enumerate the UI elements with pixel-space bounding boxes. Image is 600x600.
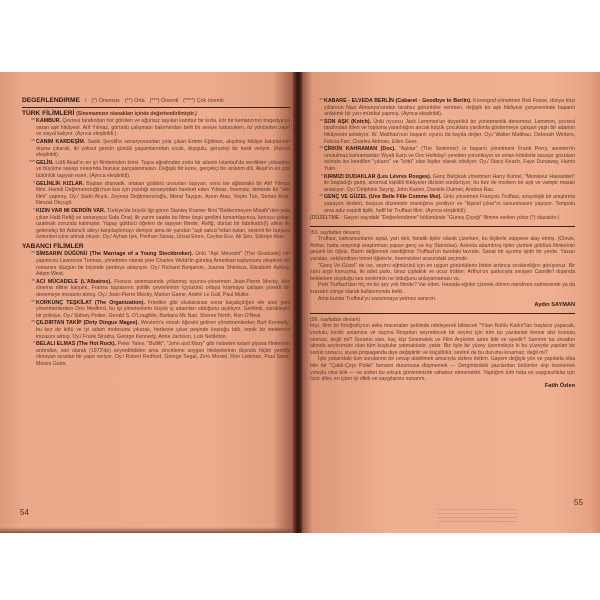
review-entry: *GELİNLİK KIZLAR. Baştan dramatik, ortal… bbox=[22, 181, 290, 207]
left-page: DEGERLENDIRME / (*) Önemsiz (**) Orta (*… bbox=[0, 72, 297, 533]
author-signature: Aydın SAYMAN bbox=[310, 302, 575, 309]
film-title: KIRMIZI DUDAKLAR (Les Lèvres Rouges). bbox=[324, 174, 431, 180]
page-number-right: 55 bbox=[574, 498, 583, 507]
film-title: CANIM KARDEŞİM. bbox=[36, 139, 85, 145]
film-title: KORKUNÇ TEŞKİLAT (The Organization). bbox=[36, 300, 145, 306]
review-entry: **ACI MÜCADELE (L'Albatros). Fransız sin… bbox=[22, 279, 290, 299]
film-title: SİMSARIN DÜĞÜNÜ (The Marriage of a Young… bbox=[36, 251, 193, 257]
review-entry: **SİMSARIN DÜĞÜNÜ (The Marriage of a You… bbox=[22, 251, 290, 277]
review-entry: **GENÇ VE GÜZEL (Une Belle Fille Comme M… bbox=[310, 194, 575, 214]
divider bbox=[310, 313, 575, 314]
star-rating: ** bbox=[22, 251, 36, 258]
star-rating: ** bbox=[310, 194, 324, 201]
article-paragraph: Truffaut, kahramanlarını aptal, yarı del… bbox=[310, 236, 575, 262]
page-edge-shadow bbox=[0, 527, 297, 533]
section-title: TÜRK FİLİMLERİ bbox=[22, 110, 74, 117]
article-paragraph: Ama bunlar Truffaut'yu savunmaya yetmez … bbox=[310, 296, 575, 303]
film-title: ÇİRKİN KAHRAMAN (Doc). bbox=[324, 146, 396, 152]
star-rating: *** bbox=[22, 160, 36, 167]
review-entry: *KIZIN VAR MI DERDİN VAR. Türkiye'de büy… bbox=[22, 208, 290, 241]
star-rating: * bbox=[310, 174, 324, 181]
article-paragraph: Peki Truffaut'dan hiç mi bir şey yok fil… bbox=[310, 282, 575, 295]
continued-from-label: (53. sayfadan devam) bbox=[310, 230, 575, 237]
star-rating: ** bbox=[22, 320, 36, 327]
film-title: KABARE - ELVEDA BERLİN (Cabaret - Goodby… bbox=[324, 98, 472, 104]
review-text: Lütfi Akad'ın en iyi filmlerinden birisi… bbox=[36, 160, 290, 179]
film-title: ÇILDIRTAN TAKİP (Dirty Dingus Magee). bbox=[36, 320, 139, 326]
star-rating: ** bbox=[22, 279, 36, 286]
correction-note: (DÜZELTME : Geçen sayıdaki "Değerlendirm… bbox=[310, 215, 575, 222]
review-entry: **CANIM KARDEŞİM. Sadık Şendil'in senary… bbox=[22, 139, 290, 159]
film-title: GELİN. bbox=[36, 160, 54, 166]
right-page-content: **KABARE - ELVEDA BERLİN (Cabaret - Good… bbox=[310, 98, 575, 389]
review-entry: **ÇILDIRTAN TAKİP (Dirty Dingus Magee). … bbox=[22, 320, 290, 340]
continued-from-label: (56. sayfadan devam) bbox=[310, 317, 575, 324]
article-2-body: tiriyi, filmi bir fotoğrafçının seks mac… bbox=[310, 323, 575, 382]
review-entry: **KAMBUR. Çevresi tarafından hor görülen… bbox=[22, 118, 290, 138]
film-title: GENÇ VE GÜZEL (Une Belle Fille Comme Moi… bbox=[324, 194, 442, 200]
section-title: YABANCI FİLİMLER bbox=[22, 243, 84, 250]
film-title: KAMBUR. bbox=[36, 118, 61, 124]
film-title: SON AŞK (Kotch). bbox=[324, 119, 371, 125]
star-rating: ** bbox=[310, 146, 324, 153]
correction-text: Geçen sayıdaki "Değerlendirme" bölümünde… bbox=[344, 215, 560, 221]
rating-legend-4: (****) Çok önemli bbox=[183, 98, 223, 105]
review-entry: ***GELİN. Lütfi Akad'ın en iyi filmlerin… bbox=[22, 160, 290, 180]
article-paragraph: "Genç Ve Güzel" de ise, seyirci eğmürüsü… bbox=[310, 263, 575, 283]
rating-title: DEGERLENDIRME bbox=[22, 98, 80, 105]
binding-gutter bbox=[293, 72, 302, 533]
bleed-through-text bbox=[437, 508, 517, 522]
section-heading: TÜRK FİLİMLERİ (Sinemamızın olanakları i… bbox=[22, 111, 290, 118]
divider bbox=[310, 226, 575, 227]
film-title: BELALI ELMAS (The Hot Rock). bbox=[36, 341, 116, 347]
left-page-content: DEGERLENDIRME / (*) Önemsiz (**) Orta (*… bbox=[22, 98, 290, 369]
article-continuation-1: (53. sayfadan devam) Truffaut, kahramanl… bbox=[310, 230, 575, 309]
review-entry: **ÇİRKİN KAHRAMAN (Doc). "Aşktar" (The S… bbox=[310, 146, 575, 172]
correction-label: (DÜZELTME : bbox=[310, 215, 342, 221]
film-title: KIZIN VAR MI DERDİN VAR. bbox=[36, 208, 105, 214]
review-entry: *KIRMIZI DUDAKLAR (Les Lèvres Rouges). G… bbox=[310, 174, 575, 194]
magazine-spread: DEGERLENDIRME / (*) Önemsiz (**) Orta (*… bbox=[0, 72, 600, 533]
film-title: ACI MÜCADELE (L'Albatros). bbox=[36, 279, 112, 285]
section-heading: YABANCI FİLİMLER bbox=[22, 244, 290, 251]
review-sections: TÜRK FİLİMLERİ (Sinemamızın olanakları i… bbox=[22, 111, 290, 368]
article-paragraph: tiriyi, filmi bir fotoğrafçının seks mac… bbox=[310, 323, 575, 356]
star-rating: * bbox=[22, 208, 36, 215]
rating-legend-3: (***) Önemli bbox=[150, 98, 178, 105]
rating-separator: / bbox=[85, 98, 87, 105]
author-signature: Fatih Özlen bbox=[310, 383, 575, 390]
film-title: GELİNLİK KIZLAR. bbox=[36, 181, 84, 187]
review-entries-continued: **KABARE - ELVEDA BERLİN (Cabaret - Good… bbox=[310, 98, 575, 214]
review-entry: **KORKUNÇ TEŞKİLAT (The Organization). F… bbox=[22, 300, 290, 320]
rating-legend-2: (**) Orta bbox=[125, 98, 145, 105]
review-entry: **KABARE - ELVEDA BERLİN (Cabaret - Good… bbox=[310, 98, 575, 118]
star-rating: * bbox=[22, 341, 36, 348]
section-subtitle: (Sinemamızın olanakları içinde değerlend… bbox=[76, 111, 197, 117]
star-rating: ** bbox=[22, 300, 36, 307]
article-continuation-2: (56. sayfadan devam) tiriyi, filmi bir f… bbox=[310, 317, 575, 390]
article-paragraph: İşte yukarıdaki tüm sorularımı bir cevap… bbox=[310, 356, 575, 382]
page-number-left: 54 bbox=[20, 508, 29, 517]
rating-legend-bar: DEGERLENDIRME / (*) Önemsiz (**) Orta (*… bbox=[22, 98, 290, 108]
star-rating: * bbox=[22, 181, 36, 188]
right-page: **KABARE - ELVEDA BERLİN (Cabaret - Good… bbox=[297, 72, 600, 533]
star-rating: ** bbox=[22, 118, 36, 125]
rating-legend-1: (*) Önemsiz bbox=[91, 98, 119, 105]
review-entry: **SON AŞK (Kotch). Ünlü oyuncu Jack Lemm… bbox=[310, 119, 575, 145]
star-rating: ** bbox=[22, 139, 36, 146]
article-1-body: Truffaut, kahramanlarını aptal, yarı del… bbox=[310, 236, 575, 302]
star-rating: ** bbox=[310, 98, 324, 105]
review-entry: *BELALI ELMAS (The Hot Rock). Peter Yate… bbox=[22, 341, 290, 367]
star-rating: ** bbox=[310, 119, 324, 126]
review-text: Çevresi tarafından hor görülen ve uğursu… bbox=[36, 118, 290, 137]
